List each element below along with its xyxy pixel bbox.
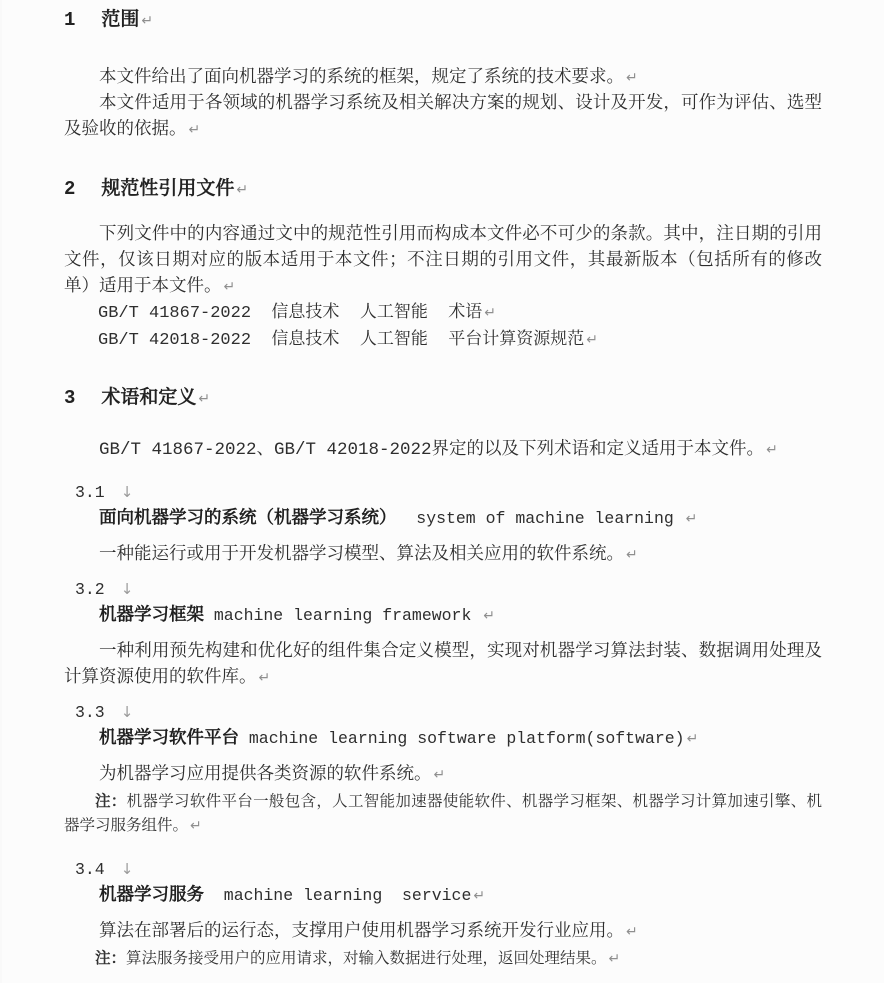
- paragraph-mark: ↵: [190, 818, 202, 834]
- term-english: machine learning service: [204, 886, 471, 905]
- paragraph-mark: ↵: [434, 767, 446, 783]
- paragraph-mark: ↵: [626, 70, 638, 86]
- paragraph-mark: ↵: [224, 279, 236, 295]
- term-chinese: 面向机器学习的系统（机器学习系统）: [99, 509, 397, 529]
- paragraph-mark: ↵: [141, 13, 153, 29]
- paragraph-mark: ↵: [484, 305, 496, 321]
- reference-item: GB/T 41867-2022 信息技术 人工智能 术语↵: [64, 300, 822, 327]
- note-label: 注：: [95, 950, 126, 968]
- term-note-3-3: 注：机器学习软件平台一般包含，人工智能加速器使能软件、机器学习框架、机器学习计算…: [64, 790, 822, 838]
- term-entry-3-1: 面向机器学习的系统（机器学习系统） system of machine lear…: [64, 506, 822, 532]
- paragraph-mark: ↵: [766, 442, 778, 458]
- term-note-3-4: 注：算法服务接受用户的应用请求，对输入数据进行处理，返回处理结果。↵: [64, 947, 822, 971]
- clause-number: 2: [64, 175, 75, 203]
- term-english: machine learning software platform(softw…: [239, 729, 685, 748]
- scope-paragraph-2: 本文件适用于各领域的机器学习系统及相关解决方案的规划、设计及开发，可作为评估、选…: [64, 91, 822, 143]
- paragraph-mark: ↵: [686, 511, 698, 527]
- term-number-3-4: 3.4↓: [64, 856, 822, 883]
- standard-document-page: 1范围↵ 本文件给出了面向机器学习的系统的框架，规定了系统的技术要求。↵ 本文件…: [0, 0, 884, 983]
- term-entry-3-3: 机器学习软件平台 machine learning software platf…: [64, 726, 822, 752]
- paragraph-mark: ↵: [626, 924, 638, 940]
- paragraph-mark: ↵: [609, 951, 621, 967]
- term-definition-3-4: 算法在部署后的运行态，支撑用户使用机器学习系统开发行业应用。↵: [64, 919, 822, 945]
- term-entry-3-4: 机器学习服务 machine learning service↵: [64, 883, 822, 909]
- term-chinese: 机器学习软件平台: [99, 729, 239, 749]
- term-english: system of machine learning: [397, 509, 684, 528]
- paragraph-mark: ↵: [473, 888, 485, 904]
- scope-paragraph-1: 本文件给出了面向机器学习的系统的框架，规定了系统的技术要求。↵: [64, 65, 822, 91]
- line-break-mark: ↓: [121, 580, 134, 598]
- line-break-mark: ↓: [121, 860, 134, 878]
- term-entry-3-2: 机器学习框架 machine learning framework ↵: [64, 603, 822, 629]
- term-number-3-3: 3.3↓: [64, 699, 822, 726]
- term-number-3-2: 3.2↓: [64, 576, 822, 603]
- line-break-mark: ↓: [121, 703, 134, 721]
- term-chinese: 机器学习服务: [99, 886, 204, 906]
- paragraph-mark: ↵: [198, 391, 210, 407]
- paragraph-mark: ↵: [626, 547, 638, 563]
- terms-intro-paragraph: GB/T 41867-2022、GB/T 42018-2022界定的以及下列术语…: [64, 437, 822, 463]
- term-definition-3-3: 为机器学习应用提供各类资源的软件系统。↵: [64, 762, 822, 788]
- term-definition-3-1: 一种能运行或用于开发机器学习模型、算法及相关应用的软件系统。↵: [64, 542, 822, 568]
- clause-title: 规范性引用文件: [101, 178, 234, 200]
- paragraph-mark: ↵: [586, 332, 598, 348]
- term-english: machine learning framework: [204, 606, 481, 625]
- paragraph-mark: ↵: [236, 182, 248, 198]
- clause-number: 1: [64, 6, 75, 34]
- clause-1-heading: 1范围↵: [64, 6, 822, 35]
- term-chinese: 机器学习框架: [99, 606, 204, 626]
- term-number-3-1: 3.1↓: [64, 479, 822, 506]
- clause-title: 术语和定义: [101, 387, 196, 409]
- paragraph-mark: ↵: [687, 731, 699, 747]
- term-definition-3-2: 一种利用预先构建和优化好的组件集合定义模型，实现对机器学习算法封装、数据调用处理…: [64, 639, 822, 691]
- clause-2-heading: 2规范性引用文件↵: [64, 175, 822, 204]
- normative-references-paragraph: 下列文件中的内容通过文中的规范性引用而构成本文件必不可少的条款。其中，注日期的引…: [64, 222, 822, 300]
- paragraph-mark: ↵: [259, 670, 271, 686]
- paragraph-mark: ↵: [483, 608, 495, 624]
- clause-3-heading: 3术语和定义↵: [64, 384, 822, 413]
- clause-title: 范围: [101, 9, 139, 31]
- paragraph-mark: ↵: [189, 122, 201, 138]
- note-label: 注：: [95, 793, 127, 811]
- reference-item: GB/T 42018-2022 信息技术 人工智能 平台计算资源规范↵: [64, 327, 822, 354]
- clause-number: 3: [64, 384, 75, 412]
- line-break-mark: ↓: [121, 483, 134, 501]
